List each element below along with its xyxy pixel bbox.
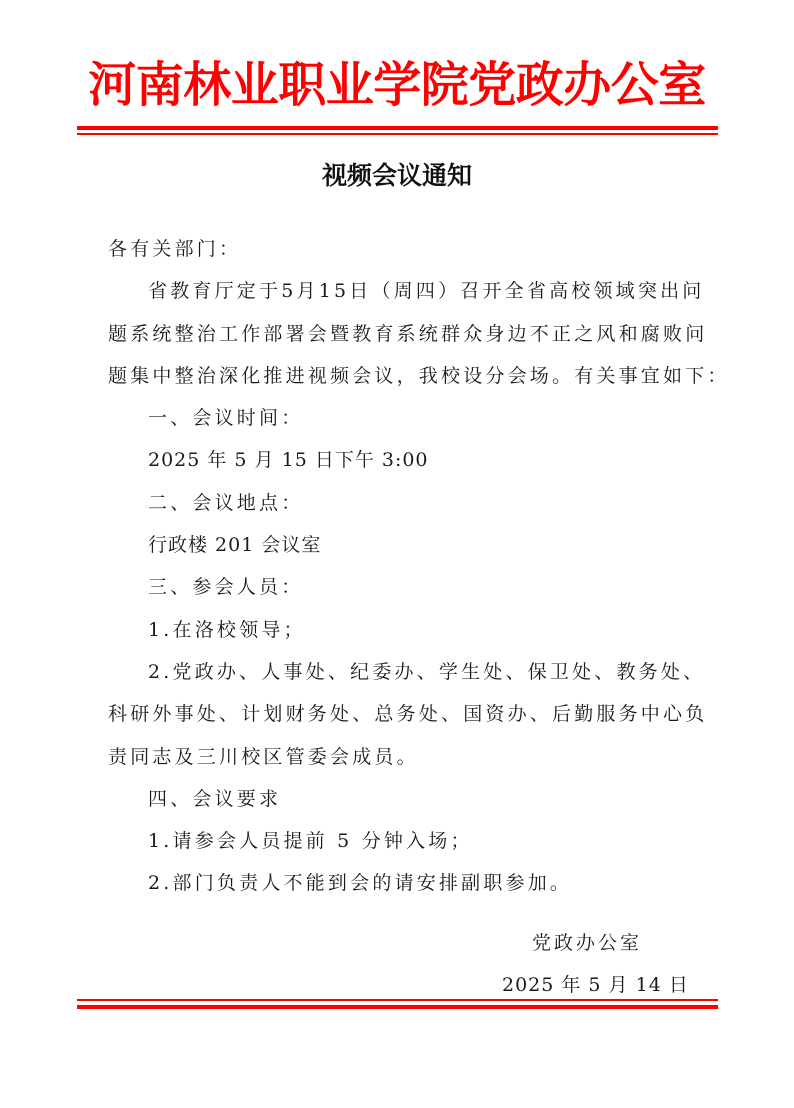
section-heading-requirements: 四、会议要求 [108, 778, 700, 820]
section-heading-attendees: 三、参会人员： [108, 566, 700, 608]
intro-line: 题系统整治工作部署会暨教育系统群众身边不正之风和腐败问 [108, 313, 700, 355]
signature-organization: 党政办公室 [532, 928, 642, 955]
document-body: 各有关部门： 省教育厅定于5月15日（周四）召开全省高校领域突出问 题系统整治工… [108, 228, 700, 905]
letterhead-rule-thin [77, 133, 718, 135]
meeting-location: 行政楼 201 会议室 [108, 524, 700, 566]
attendee-item: 2.党政办、人事处、纪委办、学生处、保卫处、教务处、 [108, 651, 700, 693]
footer-rule-thin [77, 999, 718, 1001]
document-title: 视频会议通知 [0, 158, 794, 194]
attendee-item: 1.在洛校领导； [108, 609, 700, 651]
attendee-item-continued: 科研外事处、计划财务处、总务处、国资办、后勤服务中心负 [108, 693, 700, 735]
meeting-time: 2025 年 5 月 15 日下午 3:00 [108, 439, 700, 481]
intro-line: 题集中整治深化推进视频会议，我校设分会场。有关事宜如下： [108, 355, 700, 397]
salutation: 各有关部门： [108, 228, 700, 270]
intro-line: 省教育厅定于5月15日（周四）召开全省高校领域突出问 [108, 270, 700, 312]
section-heading-time: 一、会议时间： [108, 397, 700, 439]
attendee-item-continued: 责同志及三川校区管委会成员。 [108, 736, 700, 778]
section-heading-location: 二、会议地点： [108, 482, 700, 524]
requirement-item: 2.部门负责人不能到会的请安排副职参加。 [108, 862, 700, 904]
signature-date: 2025 年 5 月 14 日 [502, 970, 689, 997]
footer-rule-thick [77, 1005, 718, 1009]
letterhead-rule-thick [77, 126, 718, 130]
requirement-item: 1.请参会人员提前 5 分钟入场； [108, 820, 700, 862]
letterhead-title: 河南林业职业学院党政办公室 [0, 56, 794, 114]
